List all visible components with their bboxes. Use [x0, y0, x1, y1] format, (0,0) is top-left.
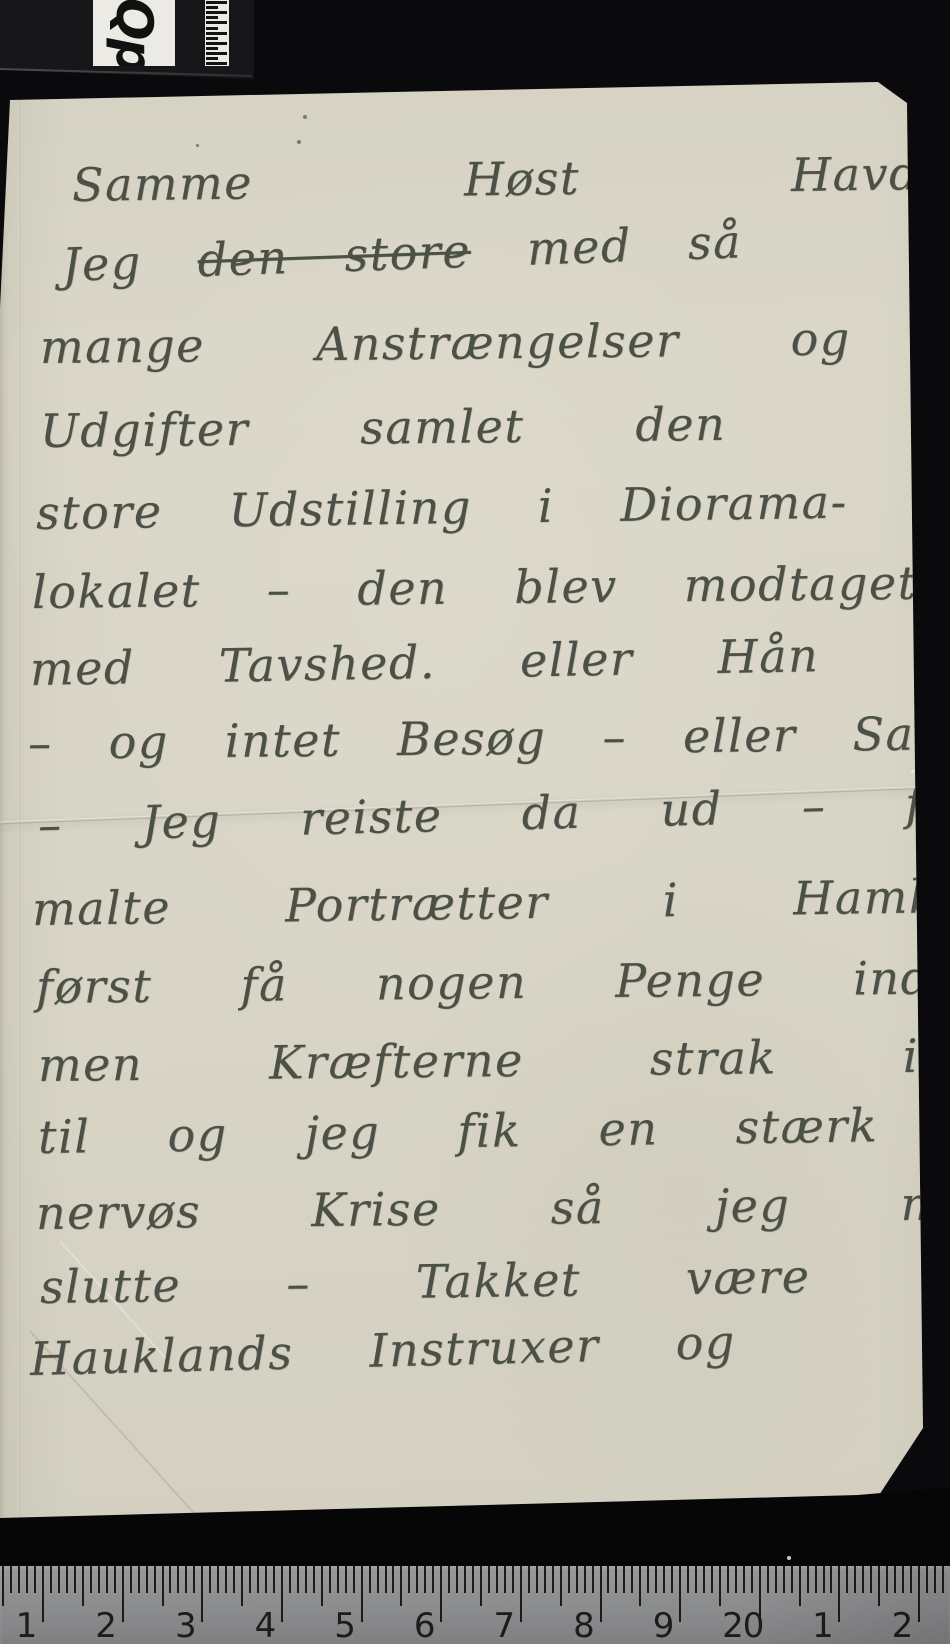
ruler-mm-tick	[249, 1566, 251, 1593]
ruler-mm-tick	[926, 1566, 928, 1593]
ruler-mm-tick	[751, 1566, 753, 1593]
ruler-mm-tick	[329, 1566, 331, 1593]
ruler-mm-tick	[313, 1566, 315, 1593]
ruler-mm-tick	[169, 1566, 171, 1593]
ruler-mm-tick	[265, 1566, 267, 1593]
handwritten-line-3: mange Anstrængelser og	[40, 312, 851, 374]
ruler-mm-tick	[233, 1566, 235, 1593]
handwritten-line-2: Jeg den store med så	[61, 214, 743, 292]
ruler-mm-tick	[472, 1566, 474, 1593]
ruler-cm-tick	[918, 1566, 920, 1622]
handwritten-line-13: til og jeg fik en stærk	[38, 1098, 879, 1164]
ruler-mm-tick	[130, 1566, 132, 1593]
ruler-cm-tick	[600, 1566, 602, 1622]
ruler-cm-tick	[281, 1566, 283, 1622]
ruler-mm-tick	[639, 1566, 641, 1606]
ruler-mm-tick	[711, 1566, 713, 1593]
ruler-mm-tick	[377, 1566, 379, 1593]
ruler-mm-tick	[345, 1566, 347, 1593]
ruler-cm-tick	[440, 1566, 442, 1622]
ruler-mm-tick	[743, 1566, 745, 1593]
ruler-cm-tick	[361, 1566, 363, 1622]
ruler-mm-tick	[146, 1566, 148, 1593]
ruler-mm-tick	[353, 1566, 355, 1593]
ruler-mm-tick	[225, 1566, 227, 1593]
ruler-mm-tick	[719, 1566, 721, 1606]
ruler-mm-tick	[321, 1566, 323, 1606]
ruler-number-label: 2	[878, 1606, 926, 1644]
ruler-mm-tick	[799, 1566, 801, 1606]
ruler-mm-tick	[385, 1566, 387, 1593]
dust-speck	[787, 1556, 791, 1560]
handwritten-line-9: – Jeg reiste da ud – først	[37, 774, 950, 852]
handwritten-line-15: slutte – Takket være	[40, 1249, 811, 1314]
ruler-mm-tick	[10, 1566, 12, 1593]
ruler-mm-tick	[82, 1566, 84, 1606]
ruler-mm-tick	[98, 1566, 100, 1593]
handwritten-line-14: nervøs Krise så jeg måtte	[36, 1175, 950, 1240]
ruler-mm-tick	[544, 1566, 546, 1593]
ruler-mm-tick	[241, 1566, 243, 1606]
struck-through-words: den store	[197, 224, 472, 288]
ruler-cm-tick	[759, 1566, 761, 1622]
handwritten-line-4: Udgifter samlet den	[40, 397, 727, 458]
ruler-mm-tick	[504, 1566, 506, 1593]
ruler-mm-tick	[114, 1566, 116, 1593]
ruler-mm-tick	[695, 1566, 697, 1593]
ruler-number-label: 4	[241, 1606, 289, 1644]
ruler-number-label: 6	[400, 1606, 448, 1644]
calibration-tick	[206, 1, 227, 4]
ruler-mm-tick	[846, 1566, 848, 1593]
ruler-mm-tick	[623, 1566, 625, 1593]
ruler-mm-tick	[815, 1566, 817, 1593]
calibration-tick	[206, 57, 218, 60]
handwritten-line-11: først få nogen Penge ind	[36, 951, 932, 1014]
ruler-mm-tick	[671, 1566, 673, 1593]
ruler-mm-tick	[400, 1566, 402, 1606]
ruler-mm-tick	[528, 1566, 530, 1593]
ruler-mm-tick	[878, 1566, 880, 1606]
calibration-tick	[206, 6, 218, 9]
ruler-mm-tick	[424, 1566, 426, 1593]
ruler-mm-tick	[703, 1566, 705, 1593]
ruler-mm-tick	[154, 1566, 156, 1593]
ruler-mm-tick	[687, 1566, 689, 1593]
ruler-mm-tick	[162, 1566, 164, 1606]
ruler-number-label: 20	[719, 1606, 767, 1644]
ruler-mm-tick	[488, 1566, 490, 1593]
calibration-tick	[206, 52, 227, 55]
ruler-mm-tick	[289, 1566, 291, 1593]
ruler-mm-tick	[607, 1566, 609, 1593]
ruler-mm-tick	[615, 1566, 617, 1593]
ruler-mm-tick	[90, 1566, 92, 1593]
ruler-cm-tick	[201, 1566, 203, 1622]
ruler-mm-tick	[934, 1566, 936, 1593]
ruler-mm-tick	[862, 1566, 864, 1593]
calibration-tick	[206, 47, 218, 50]
ruler-mm-tick	[217, 1566, 219, 1593]
handwritten-line-6: lokalet – den blev modtaget	[32, 556, 918, 619]
vertical-fold-crease	[20, 100, 22, 1520]
ruler-mm-tick	[496, 1566, 498, 1593]
calibration-label-patch: Qp	[93, 0, 175, 66]
ruler-mm-tick	[2, 1566, 4, 1606]
handwritten-line-1: Samme Høst Havde	[72, 146, 949, 212]
ruler-mm-tick	[886, 1566, 888, 1593]
ruler-mm-tick	[273, 1566, 275, 1593]
ruler-number-label: 1	[798, 1606, 846, 1644]
ruler-mm-tick	[655, 1566, 657, 1593]
handwritten-line-12: men Kræfterne strak ikke	[38, 1028, 950, 1092]
ruler-mm-tick	[58, 1566, 60, 1593]
ruler-mm-tick	[536, 1566, 538, 1593]
ruler-mm-tick	[568, 1566, 570, 1593]
calibration-tick	[206, 42, 227, 45]
ruler-number-label: 2	[82, 1606, 130, 1644]
ruler-mm-tick	[942, 1566, 944, 1593]
ruler-number-label: 8	[560, 1606, 608, 1644]
ruler-mm-tick	[775, 1566, 777, 1593]
ruler-mm-tick	[854, 1566, 856, 1593]
ruler-cm-tick	[520, 1566, 522, 1622]
ruler-mm-tick	[369, 1566, 371, 1593]
ruler-number-label: 7	[480, 1606, 528, 1644]
ruler-number-label: 1	[2, 1606, 50, 1644]
ruler-mm-tick	[26, 1566, 28, 1593]
ruler-number-label: 3	[161, 1606, 209, 1644]
ruler-mm-tick	[894, 1566, 896, 1593]
ruler-mm-tick	[74, 1566, 76, 1593]
ruler-mm-tick	[448, 1566, 450, 1593]
paper-sheet: Samme Høst HavdeJeg den store med såmang…	[0, 0, 950, 1644]
calibration-mini-ruler	[205, 0, 229, 66]
ruler-mm-tick	[576, 1566, 578, 1593]
ruler-mm-tick	[209, 1566, 211, 1593]
ruler-mm-tick	[727, 1566, 729, 1593]
ruler-mm-tick	[512, 1566, 514, 1593]
ruler-mm-tick	[870, 1566, 872, 1593]
ruler-mm-tick	[480, 1566, 482, 1606]
ruler-mm-tick	[432, 1566, 434, 1593]
ruler-mm-tick	[584, 1566, 586, 1593]
ruler-mm-tick	[767, 1566, 769, 1593]
ruler-mm-tick	[66, 1566, 68, 1593]
ruler-mm-tick	[552, 1566, 554, 1593]
ruler-mm-tick	[823, 1566, 825, 1593]
ruler-mm-tick	[106, 1566, 108, 1593]
ruler-mm-tick	[631, 1566, 633, 1593]
ink-speck	[303, 115, 307, 119]
ruler-mm-tick	[592, 1566, 594, 1593]
calibration-tick	[206, 37, 218, 40]
measurement-ruler: 1234567892012	[0, 1566, 950, 1644]
ruler-mm-tick	[185, 1566, 187, 1593]
ruler-mm-tick	[464, 1566, 466, 1593]
ink-speck	[297, 140, 301, 144]
handwritten-line-10: malte Portrætter i Hamburg	[32, 868, 950, 936]
ruler-mm-tick	[830, 1566, 832, 1593]
ruler-mm-tick	[337, 1566, 339, 1593]
ruler-mm-tick	[416, 1566, 418, 1593]
ruler-mm-tick	[647, 1566, 649, 1593]
calibration-tick	[206, 62, 227, 65]
ruler-mm-tick	[735, 1566, 737, 1593]
ruler-mm-tick	[34, 1566, 36, 1593]
calibration-tick	[206, 21, 227, 24]
handwritten-line-5: store Udstilling i Diorama-	[36, 475, 848, 540]
handwritten-line-7: med Tavshed. eller Hån	[30, 628, 820, 696]
ruler-cm-tick	[679, 1566, 681, 1622]
ruler-mm-tick	[902, 1566, 904, 1593]
calibration-tick	[206, 16, 218, 19]
ruler-mm-tick	[783, 1566, 785, 1593]
ruler-mm-tick	[791, 1566, 793, 1593]
ruler-mm-tick	[305, 1566, 307, 1593]
ruler-mm-tick	[663, 1566, 665, 1593]
ruler-mm-tick	[392, 1566, 394, 1593]
calibration-tick	[206, 32, 227, 35]
ruler-mm-tick	[177, 1566, 179, 1593]
ruler-mm-tick	[560, 1566, 562, 1606]
ruler-mm-tick	[50, 1566, 52, 1593]
ruler-mm-tick	[257, 1566, 259, 1593]
ruler-mm-tick	[807, 1566, 809, 1593]
ruler-cm-tick	[122, 1566, 124, 1622]
ruler-number-label: 5	[321, 1606, 369, 1644]
ruler-number-label: 9	[639, 1606, 687, 1644]
ink-speck	[196, 144, 199, 147]
calibration-tick	[206, 27, 218, 30]
ruler-cm-tick	[838, 1566, 840, 1622]
ruler-mm-tick	[18, 1566, 20, 1593]
ruler-mm-tick	[297, 1566, 299, 1593]
dust-speck	[911, 770, 914, 773]
calibration-label: Qp	[105, 0, 163, 66]
ruler-mm-tick	[408, 1566, 410, 1593]
ruler-mm-tick	[138, 1566, 140, 1593]
scanned-letter-photo: Samme Høst HavdeJeg den store med såmang…	[0, 0, 950, 1644]
ruler-mm-tick	[193, 1566, 195, 1593]
ruler-mm-tick	[910, 1566, 912, 1593]
ruler-cm-tick	[42, 1566, 44, 1622]
handwritten-line-8: – og intet Besøg – eller Salg –	[28, 705, 950, 770]
calibration-tick	[206, 11, 227, 14]
ruler-mm-tick	[456, 1566, 458, 1593]
